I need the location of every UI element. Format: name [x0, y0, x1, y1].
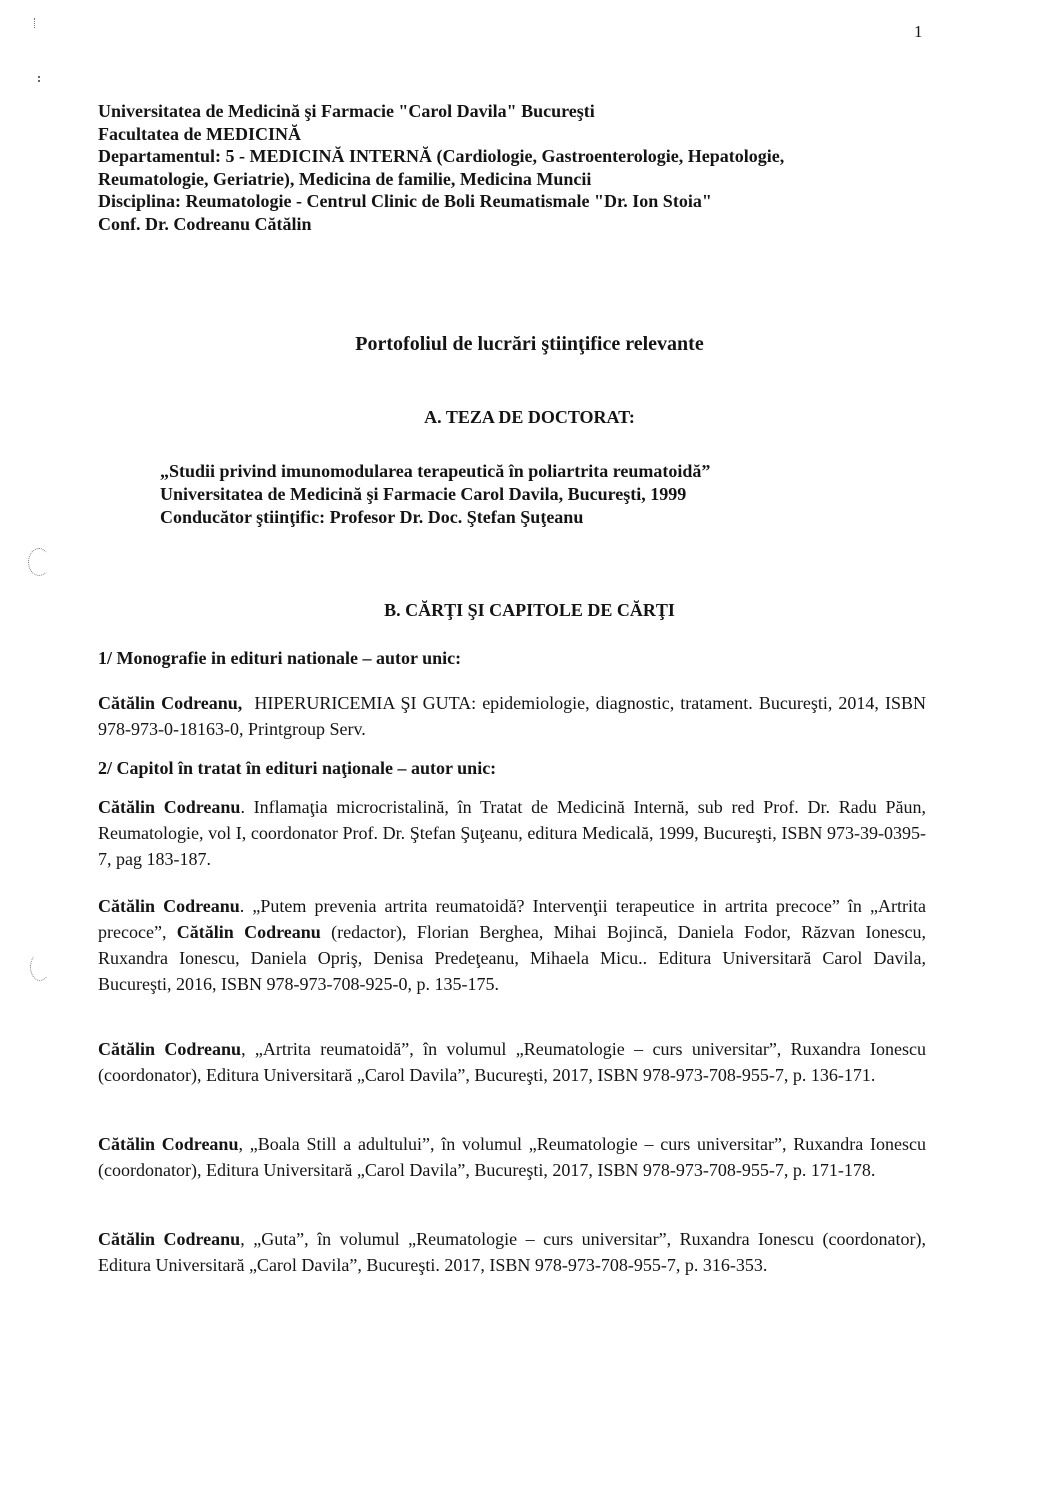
scan-artifact-mark: [34, 18, 38, 28]
bibliography-entry: Cătălin Codreanu, „Boala Still a adultul…: [98, 1131, 926, 1183]
header-department-cont: Reumatologie, Geriatrie), Medicina de fa…: [98, 168, 784, 191]
entry-author: Cătălin Codreanu: [98, 1039, 241, 1059]
section-a-heading: A. TEZA DE DOCTORAT:: [0, 407, 1059, 428]
institution-header: Universitatea de Medicină şi Farmacie "C…: [98, 100, 784, 235]
entry-editor: Cătălin Codreanu: [177, 922, 321, 942]
entry-author: Cătălin Codreanu: [98, 896, 240, 916]
bibliography-entry: Cătălin Codreanu, HIPERURICEMIA ŞI GUTA:…: [98, 690, 926, 742]
page-number: 1: [914, 22, 923, 42]
punch-hole-mark: [28, 548, 50, 576]
subsection-2-heading: 2/ Capitol în tratat în edituri naţional…: [98, 758, 496, 779]
subsection-1-heading: 1/ Monografie in edituri nationale – aut…: [98, 648, 461, 669]
entry-author: Cătălin Codreanu,: [98, 693, 242, 713]
thesis-institution: Universitatea de Medicină şi Farmacie Ca…: [160, 483, 710, 506]
bibliography-entry: Cătălin Codreanu. „Putem prevenia artrit…: [98, 893, 926, 997]
scan-artifact-mark: [38, 76, 43, 82]
header-university: Universitatea de Medicină şi Farmacie "C…: [98, 100, 784, 123]
header-author: Conf. Dr. Codreanu Cătălin: [98, 213, 784, 236]
entry-author: Cătălin Codreanu: [98, 1134, 238, 1154]
header-department: Departamentul: 5 - MEDICINĂ INTERNĂ (Car…: [98, 145, 784, 168]
thesis-block: „Studii privind imunomodularea terapeuti…: [160, 460, 710, 529]
thesis-supervisor: Conducător ştiinţific: Profesor Dr. Doc.…: [160, 506, 710, 529]
entry-author: Cătălin Codreanu: [98, 797, 240, 817]
bibliography-entry: Cătălin Codreanu, „Guta”, în volumul „Re…: [98, 1226, 926, 1278]
header-faculty: Facultatea de MEDICINĂ: [98, 123, 784, 146]
entry-author: Cătălin Codreanu: [98, 1229, 240, 1249]
document-title: Portofoliul de lucrări ştiinţifice relev…: [0, 333, 1059, 356]
thesis-title: „Studii privind imunomodularea terapeuti…: [160, 460, 710, 483]
punch-hole-mark: [30, 953, 50, 981]
section-b-heading: B. CĂRŢI ŞI CAPITOLE DE CĂRŢI: [0, 600, 1059, 621]
bibliography-entry: Cătălin Codreanu, „Artrita reumatoidă”, …: [98, 1036, 926, 1088]
bibliography-entry: Cătălin Codreanu. Inflamaţia microcrista…: [98, 794, 926, 872]
header-discipline: Disciplina: Reumatologie - Centrul Clini…: [98, 190, 784, 213]
